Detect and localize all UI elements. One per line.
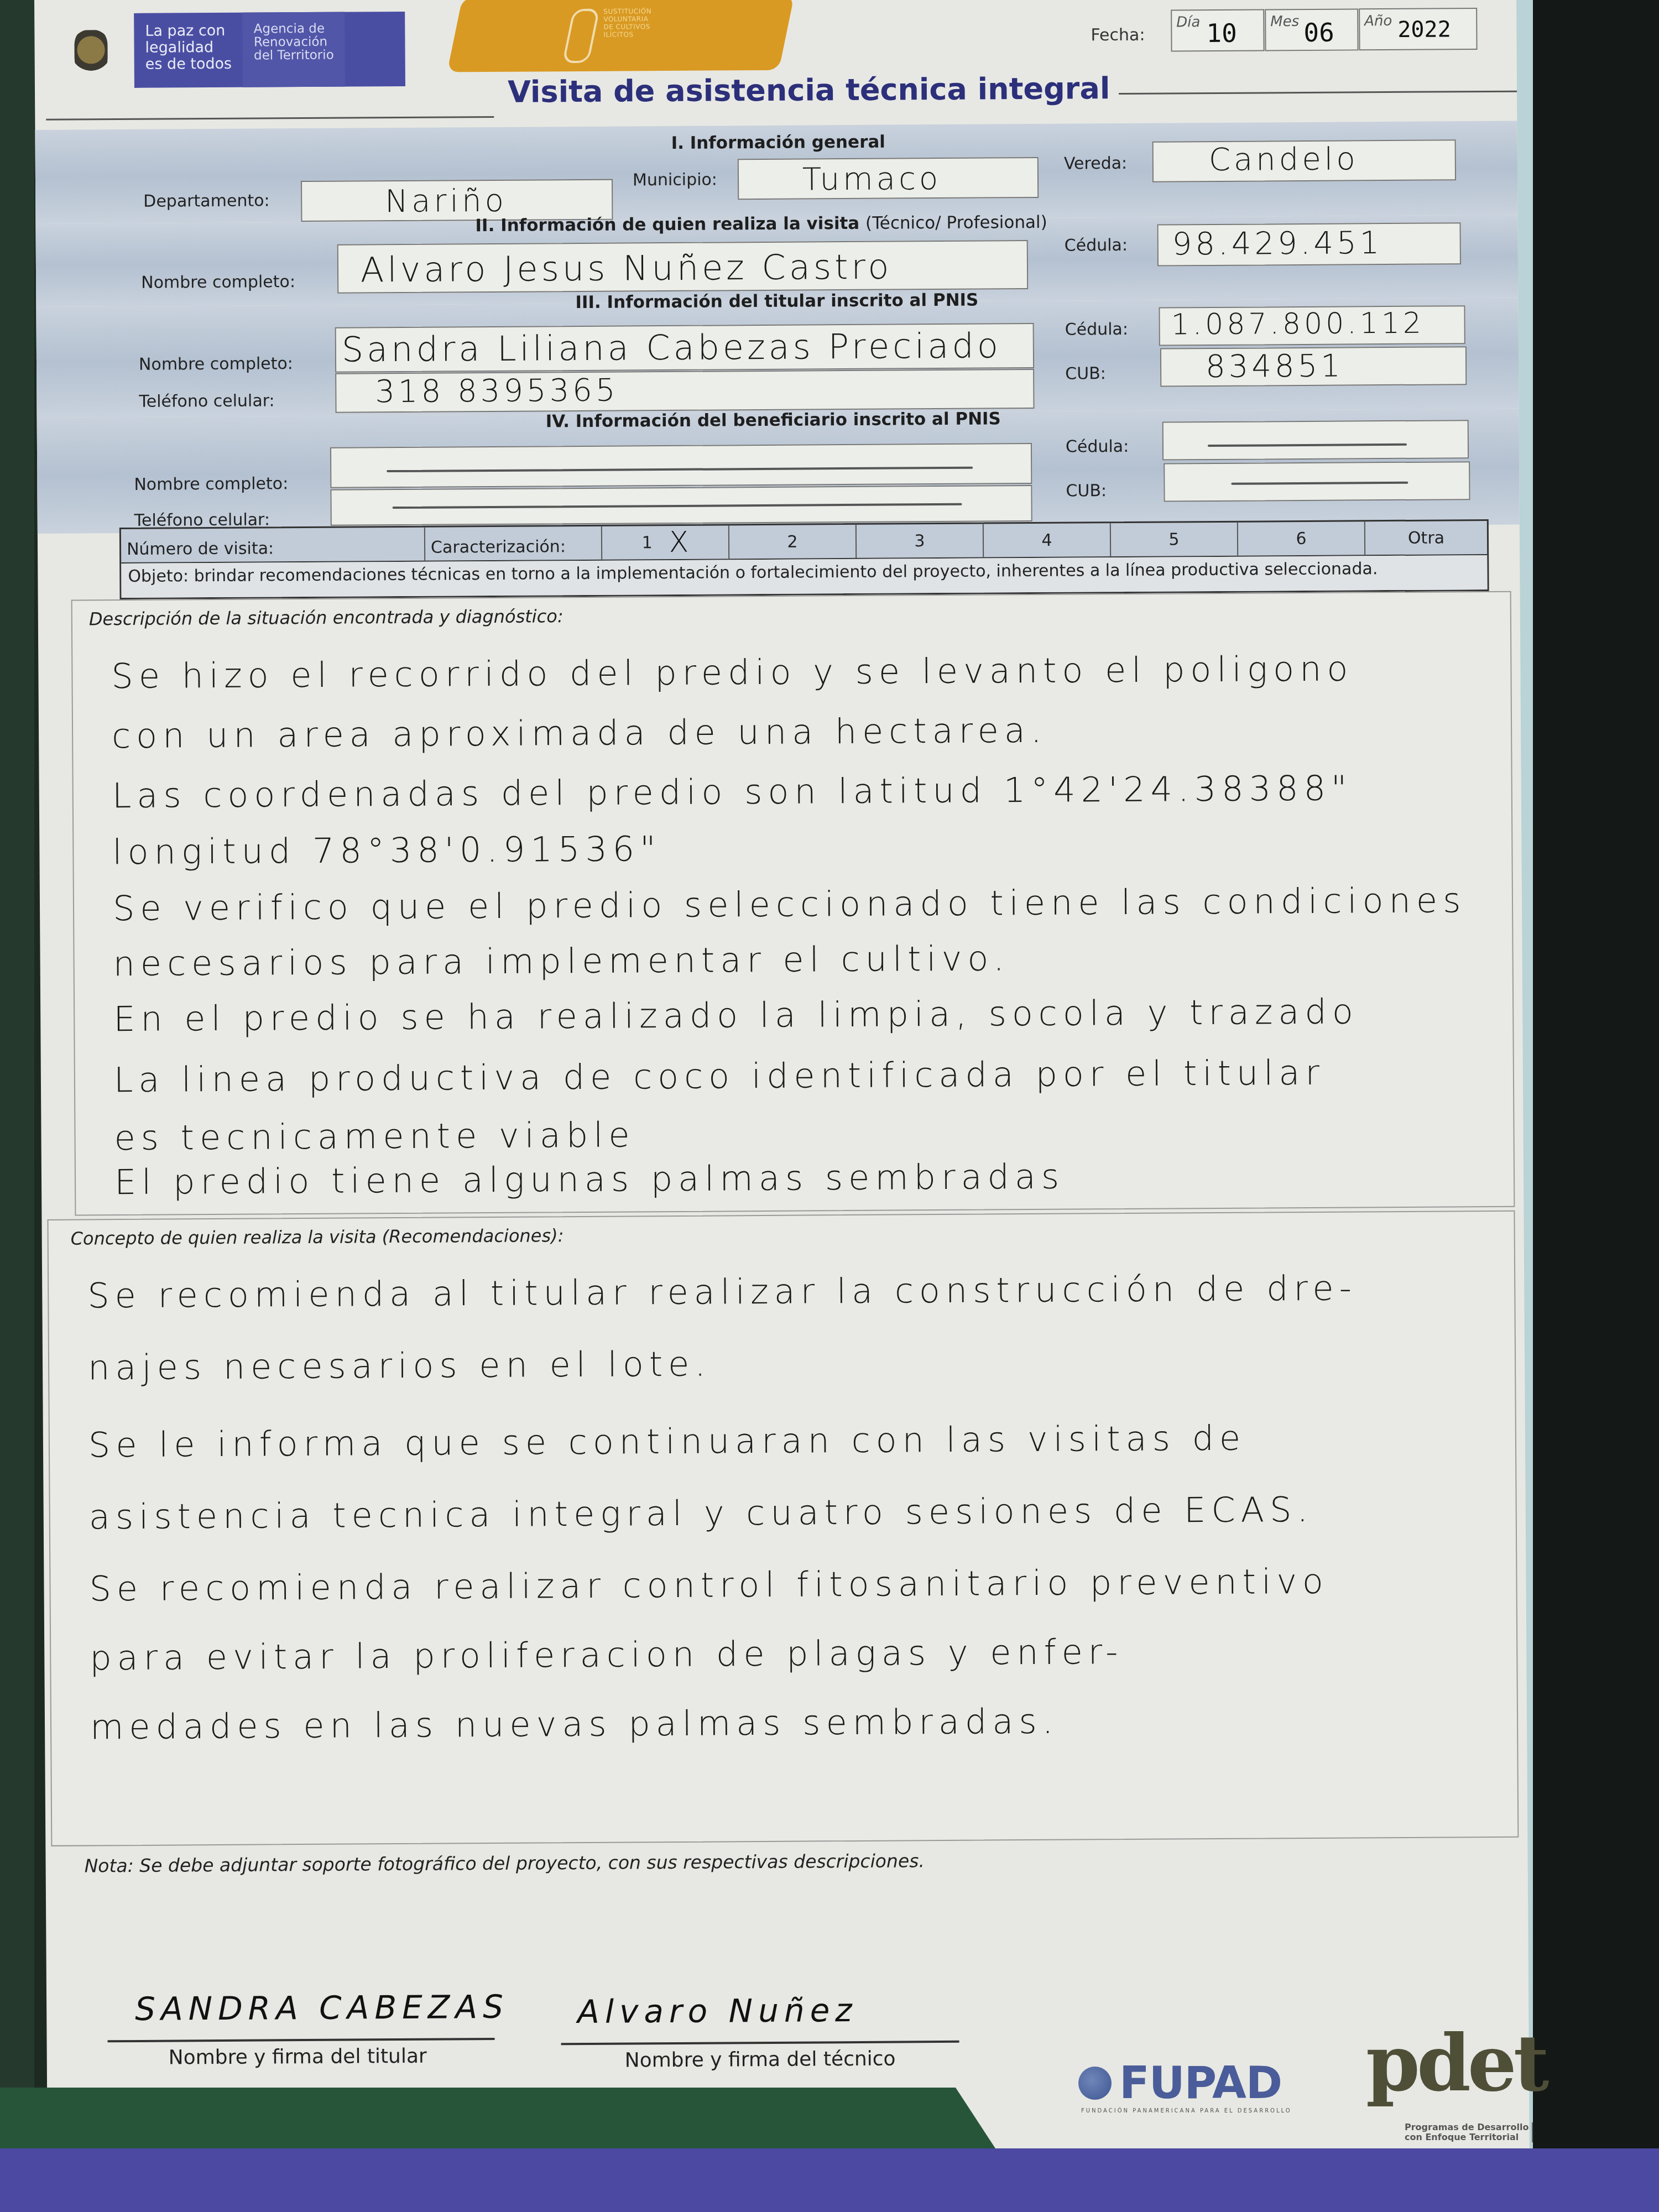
visit-option-3[interactable]: 3 xyxy=(857,524,984,558)
titular-nombre-value: Sandra Liliana Cabezas Preciado xyxy=(342,325,1001,369)
titular-telefono-label: Teléfono celular: xyxy=(139,391,274,411)
pdet-subtitle: Programas de Desarrollo con Enfoque Terr… xyxy=(1405,2122,1533,2142)
colombia-coat-of-arms-icon xyxy=(74,30,108,80)
vereda-field[interactable]: Candelo xyxy=(1152,139,1456,182)
diagnostico-line: es tecnicamente viable xyxy=(114,1114,635,1158)
pnis-logo-line: SUSTITUCIÓN xyxy=(603,7,651,15)
visit-option-4[interactable]: 4 xyxy=(984,523,1111,557)
titular-telefono-value: 318 8395365 xyxy=(375,373,618,410)
anio-value: 2022 xyxy=(1397,17,1451,43)
pdet-logo: pdet xyxy=(1366,2018,1546,2109)
footer-green-stripe xyxy=(0,2088,995,2148)
diagnostico-line: con un area aproximada de una hectarea. xyxy=(112,710,1047,756)
titular-signature-line xyxy=(108,2038,495,2042)
recomendaciones-line: asistencia tecnica integral y cuatro ses… xyxy=(89,1489,1314,1537)
beneficiario-telefono-field[interactable] xyxy=(330,485,1032,526)
beneficiario-nombre-field[interactable] xyxy=(330,443,1032,488)
municipio-field[interactable]: Tumaco xyxy=(738,157,1039,200)
titular-cedula-field[interactable]: 1.087.800.112 xyxy=(1159,305,1465,346)
titular-nombre-label: Nombre completo: xyxy=(139,354,293,374)
recomendaciones-line: Se recomienda realizar control fitosanit… xyxy=(89,1561,1329,1609)
diagnostico-line: necesarios para implementar el cultivo. xyxy=(113,938,1010,984)
dia-value: 10 xyxy=(1206,18,1237,48)
globe-icon xyxy=(1078,2067,1112,2100)
tecnico-nombre-label: Nombre completo: xyxy=(141,272,295,293)
dia-label: Día xyxy=(1176,14,1200,30)
section2-title: II. Información de quien realiza la visi… xyxy=(475,212,1047,236)
visit-option-label: 1 xyxy=(642,533,653,552)
agency-line: Agencia de xyxy=(254,22,334,36)
titular-cub-value: 834851 xyxy=(1206,348,1344,385)
pnis-logo: SUSTITUCIÓN VOLUNTARIA DE CULTIVOS ILÍCI… xyxy=(447,0,794,72)
titular-cedula-value: 1.087.800.112 xyxy=(1171,307,1425,342)
empty-dash xyxy=(393,503,962,509)
title-rule-right xyxy=(1119,91,1517,95)
section2-title-text: II. Información de quien realiza la visi… xyxy=(475,213,859,236)
titular-cub-label: CUB: xyxy=(1065,364,1106,383)
formulario-label: Formulario: xyxy=(1102,0,1177,2)
visit-option-6[interactable]: 6 xyxy=(1238,521,1365,555)
mes-value: 06 xyxy=(1303,18,1334,48)
tecnico-nombre-field[interactable]: Alvaro Jesus Nuñez Castro xyxy=(337,240,1029,294)
empty-dash xyxy=(1208,444,1407,447)
section2-title-suffix: (Técnico/ Profesional) xyxy=(865,212,1047,233)
caracterizacion-label: Caracterización: xyxy=(425,526,602,561)
empty-dash xyxy=(387,467,973,472)
recomendaciones-line: Se recomienda al titular realizar la con… xyxy=(87,1267,1357,1316)
anio-label: Año xyxy=(1364,13,1392,29)
footer-blue-stripe xyxy=(0,2148,1659,2212)
visit-number-table: Número de visita: Caracterización: 1 X 2… xyxy=(119,519,1489,599)
diagnostico-line: El predio tiene algunas palmas sembradas xyxy=(114,1156,1065,1202)
background-right xyxy=(1533,0,1659,2212)
title-rule-left xyxy=(46,116,494,121)
mes-label: Mes xyxy=(1270,13,1299,30)
tecnico-signature: Alvaro Nuñez xyxy=(577,1991,858,2031)
titular-cedula-label: Cédula: xyxy=(1065,320,1129,340)
recomendaciones-line: medades en las nuevas palmas sembradas. xyxy=(90,1701,1059,1747)
visit-option-2[interactable]: 2 xyxy=(729,525,857,559)
empty-dash xyxy=(1231,482,1408,485)
diagnostico-line: Se verifico que el predio seleccionado t… xyxy=(113,880,1467,928)
fupad-logo: FUPAD xyxy=(1078,2057,1282,2109)
fecha-mes-field[interactable]: Mes 06 xyxy=(1265,8,1358,51)
pnis-logo-line: VOLUNTARIA xyxy=(603,15,651,23)
recomendaciones-area[interactable]: Concepto de quien realiza la visita (Rec… xyxy=(47,1211,1519,1846)
beneficiario-cedula-field[interactable] xyxy=(1162,420,1469,460)
recomendaciones-line: para evitar la proliferacion de plagas y… xyxy=(90,1631,1124,1678)
diagnostico-line: La linea productiva de coco identificada… xyxy=(114,1052,1325,1100)
titular-cub-field[interactable]: 834851 xyxy=(1160,346,1467,387)
recomendaciones-label: Concepto de quien realiza la visita (Rec… xyxy=(71,1225,564,1249)
vereda-label: Vereda: xyxy=(1064,154,1128,174)
tecnico-signature-caption: Nombre y firma del técnico xyxy=(625,2048,896,2072)
pnis-logo-line: DE CULTIVOS xyxy=(603,23,651,31)
nota-text: Nota: Se debe adjuntar soporte fotográfi… xyxy=(84,1850,925,1876)
tecnico-cedula-value: 98.429.451 xyxy=(1172,225,1383,262)
form-sheet: La paz con legalidad es de todos Agencia… xyxy=(34,0,1530,2168)
gov-slogan-line: es de todos xyxy=(145,56,232,73)
fecha-anio-field[interactable]: Año 2022 xyxy=(1359,8,1477,50)
titular-nombre-field[interactable]: Sandra Liliana Cabezas Preciado xyxy=(335,323,1034,373)
pnis-logo-line: ILÍCITOS xyxy=(604,30,652,39)
titular-signature-caption: Nombre y firma del titular xyxy=(169,2045,427,2069)
numero-visita-label: Número de visita: xyxy=(121,528,425,562)
spiral-icon xyxy=(562,9,600,63)
section3-title: III. Información del titular inscrito al… xyxy=(575,290,978,312)
beneficiario-nombre-label: Nombre completo: xyxy=(134,474,288,494)
titular-signature: SANDRA CABEZAS xyxy=(135,1988,509,2028)
background-left xyxy=(0,0,34,2212)
fecha-dia-field[interactable]: Día 10 xyxy=(1171,9,1264,51)
visit-option-5[interactable]: 5 xyxy=(1111,523,1238,556)
beneficiario-cub-label: CUB: xyxy=(1066,481,1107,500)
tecnico-cedula-field[interactable]: 98.429.451 xyxy=(1157,222,1461,266)
gov-logo: La paz con legalidad es de todos Agencia… xyxy=(134,12,405,88)
agency-line: del Territorio xyxy=(254,49,334,62)
vereda-value: Candelo xyxy=(1209,141,1359,178)
diagnostico-line: Se hizo el recorrido del predio y se lev… xyxy=(111,648,1353,696)
visit-option-1[interactable]: 1 X xyxy=(602,525,729,559)
recomendaciones-line: najes necesarios en el lote. xyxy=(88,1344,711,1388)
departamento-value: Nariño xyxy=(385,183,507,220)
fupad-subtitle: FUNDACIÓN PANAMERICANA PARA EL DESARROLL… xyxy=(1081,2108,1292,2114)
pdet-subtitle-line: con Enfoque Territorial xyxy=(1405,2132,1528,2142)
diagnostico-label: Descripción de la situación encontrada y… xyxy=(89,606,564,629)
diagnostico-line: En el predio se ha realizado la limpia, … xyxy=(113,991,1359,1039)
tecnico-nombre-value: Alvaro Jesus Nuñez Castro xyxy=(361,247,893,290)
diagnostico-area[interactable]: Descripción de la situación encontrada y… xyxy=(71,591,1515,1216)
recomendaciones-line: Se le informa que se continuaran con las… xyxy=(88,1418,1246,1465)
selected-x-mark: X xyxy=(669,526,689,559)
tecnico-signature-line xyxy=(561,2041,959,2045)
visit-option-otra[interactable]: Otra xyxy=(1365,521,1487,555)
fupad-name: FUPAD xyxy=(1119,2057,1282,2109)
departamento-label: Departamento: xyxy=(143,191,270,211)
tecnico-cedula-label: Cédula: xyxy=(1065,236,1128,255)
section1-title: I. Información general xyxy=(671,132,885,153)
agency-line: Renovación xyxy=(254,35,334,49)
municipio-label: Municipio: xyxy=(633,170,717,190)
beneficiario-cub-field[interactable] xyxy=(1164,461,1470,502)
diagnostico-line: Las coordenadas del predio son latitud 1… xyxy=(112,768,1353,816)
fecha-label: Fecha: xyxy=(1091,25,1145,45)
diagnostico-line: longitud 78°38'0.91536" xyxy=(112,828,661,872)
page-title: Visita de asistencia técnica integral xyxy=(508,71,1110,109)
beneficiario-cedula-label: Cédula: xyxy=(1066,437,1129,457)
municipio-value: Tumaco xyxy=(802,161,942,198)
pdet-subtitle-line: Programas de Desarrollo xyxy=(1405,2122,1528,2132)
titular-telefono-field[interactable]: 318 8395365 xyxy=(335,369,1034,413)
gov-slogan-line: La paz con xyxy=(145,23,232,40)
section4-title: IV. Información del beneficiario inscrit… xyxy=(546,409,1001,431)
gov-slogan-line: legalidad xyxy=(145,39,232,56)
